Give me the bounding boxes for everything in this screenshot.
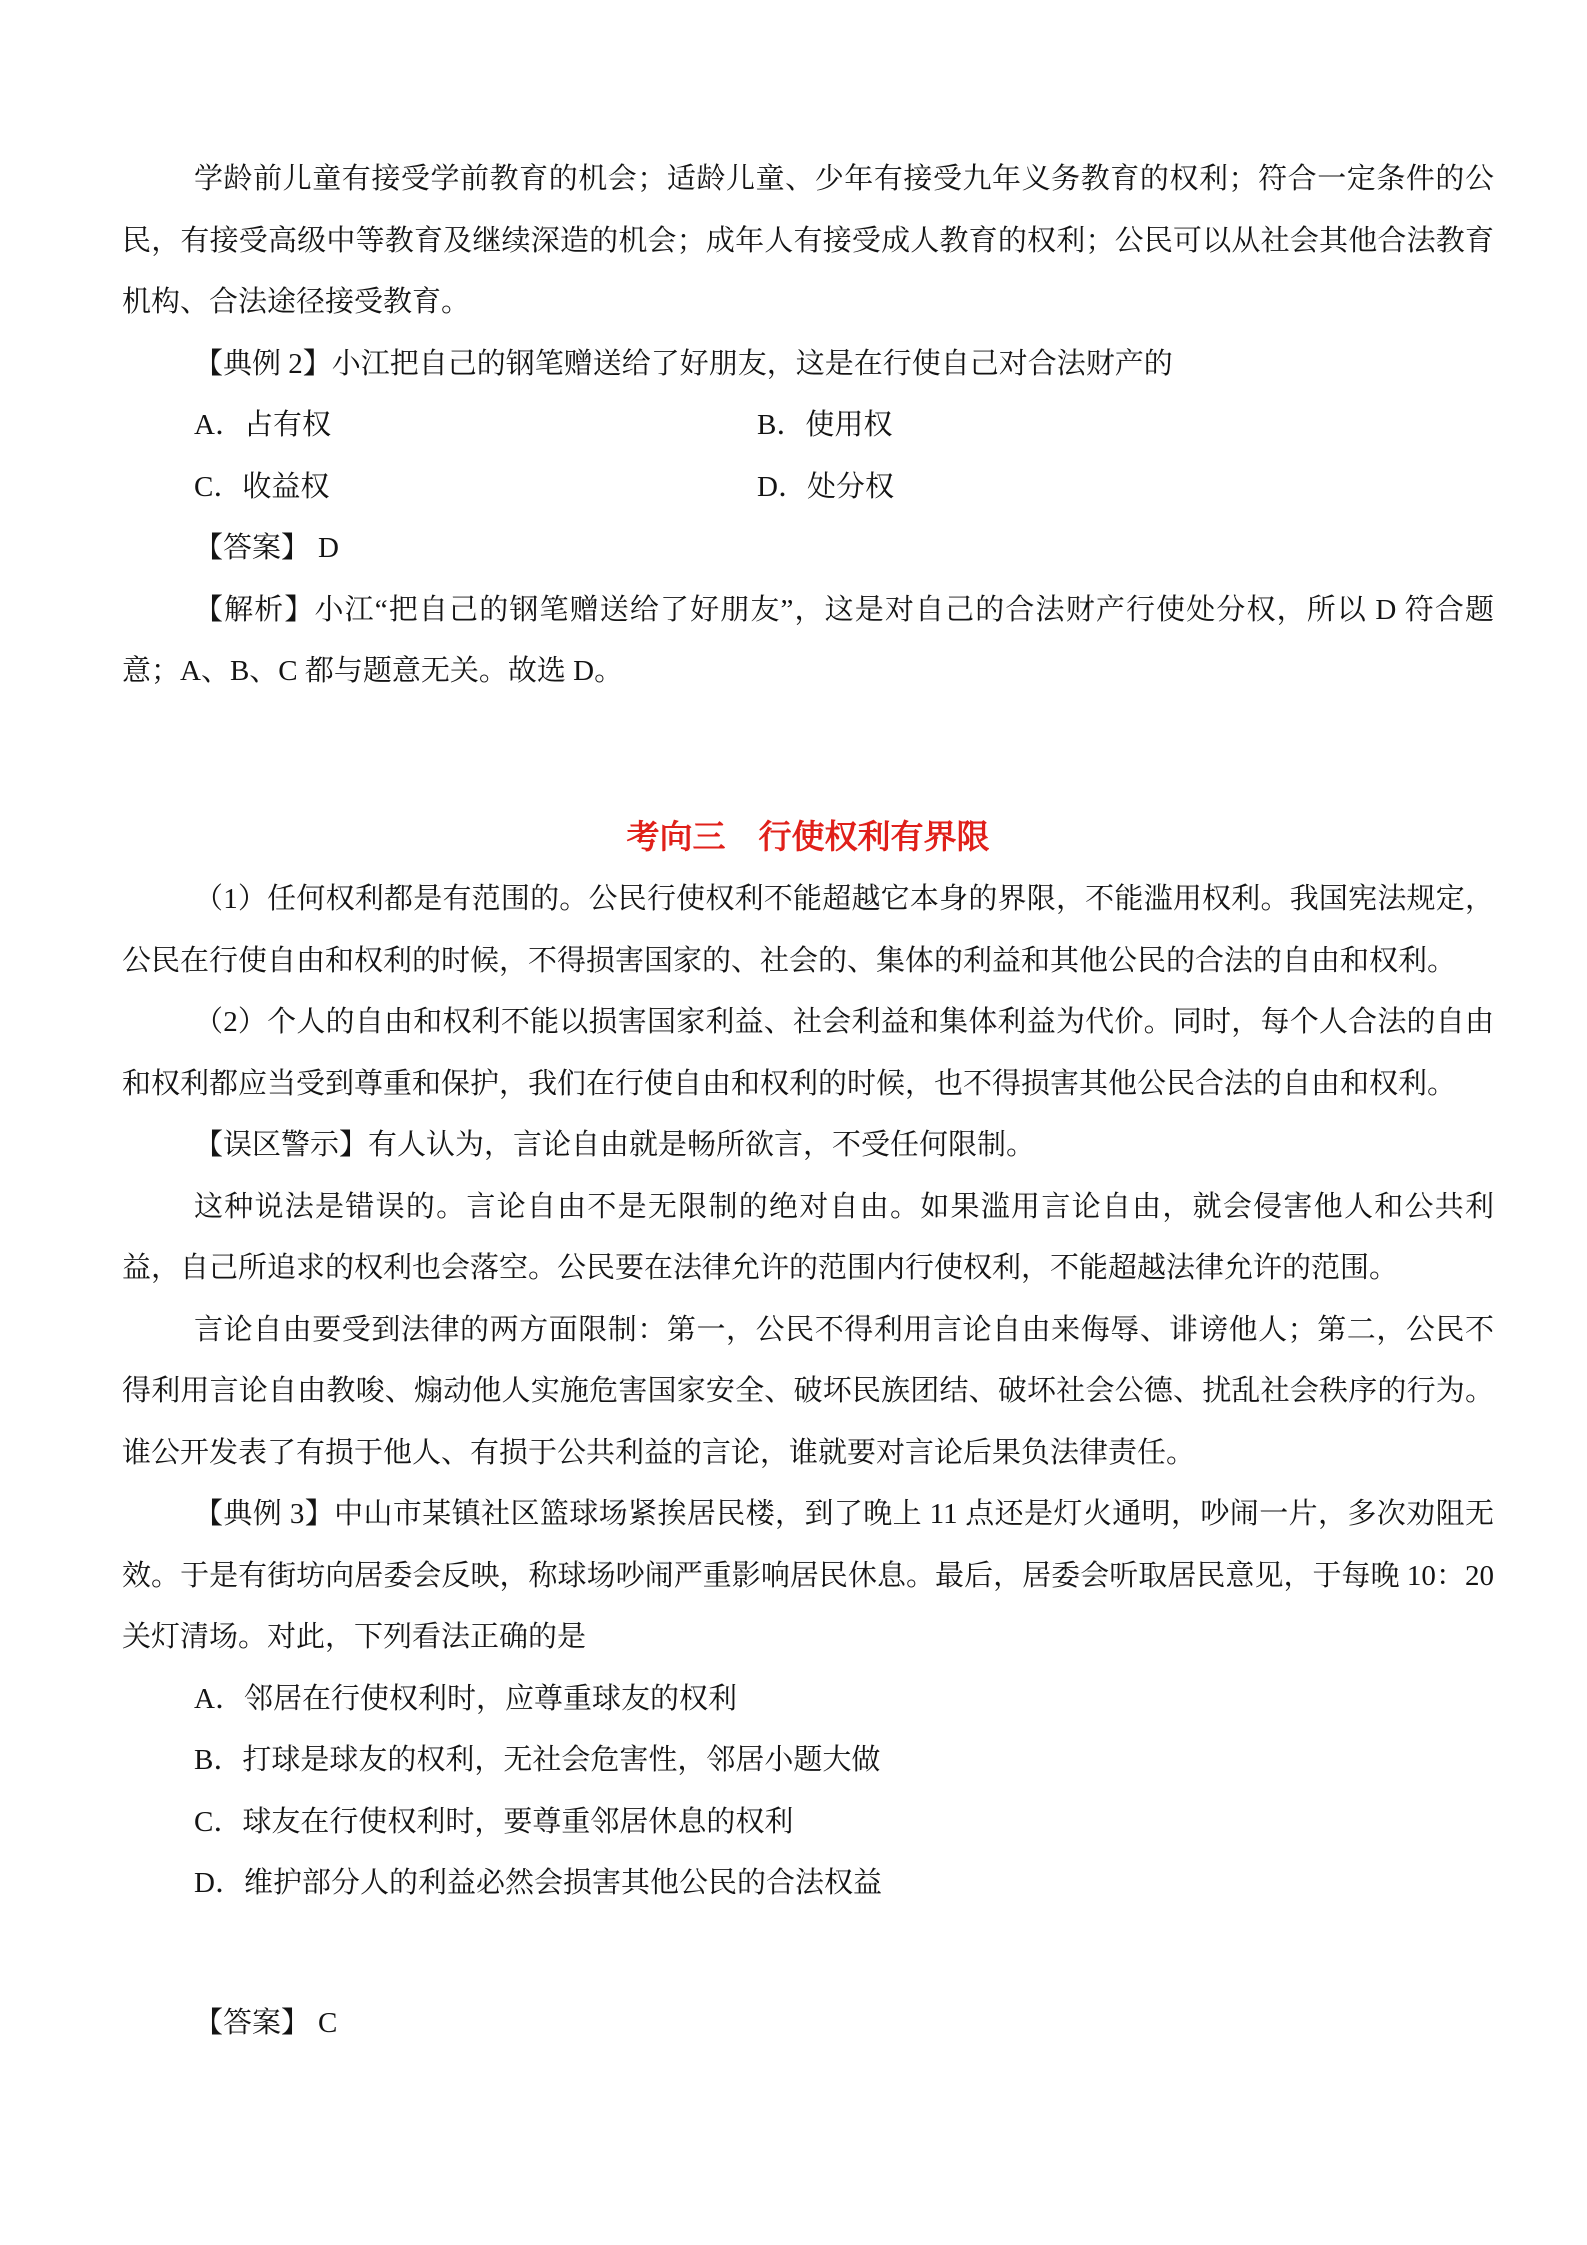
section-heading: 考向三 行使权利有界限: [122, 808, 1494, 870]
example2-analysis-line: 【解析】小江“把自己的钢笔赠送给了好朋友”，这是对自己的合法财产行使处分权，所以…: [122, 580, 1494, 703]
example2-question-line: 【典例 2】小江把自己的钢笔赠送给了好朋友，这是在行使自己对合法财产的: [122, 334, 1494, 396]
example2-answer-line: 【答案】D: [122, 518, 1494, 580]
example2-options-row-ab: A．占有权B．使用权: [122, 395, 1494, 457]
section3-warning-line: 【误区警示】有人认为，言论自由就是畅所欲言，不受任何限制。: [122, 1115, 1494, 1177]
section3-point1: （1）任何权利都是有范围的。公民行使权利不能超越它本身的界限，不能滥用权利。我国…: [122, 869, 1494, 992]
example3-question-line: 【典例 3】中山市某镇社区篮球场紧挨居民楼，到了晚上 11 点还是灯火通明，吵闹…: [122, 1484, 1494, 1669]
example3-answer-line: 【答案】C: [122, 1993, 1494, 2055]
section3-warning-label: 【误区警示】: [194, 1129, 368, 1161]
document-page: 学龄前儿童有接受学前教育的机会；适龄儿童、少年有接受九年义务教育的权利；符合一定…: [0, 0, 1587, 2245]
example3-answer-value: C: [318, 2007, 337, 2039]
example2-label: 【典例 2】: [194, 348, 332, 380]
example3-option-d: D．维护部分人的利益必然会损害其他公民的合法权益: [122, 1853, 1494, 1915]
example2-question-text: 小江把自己的钢笔赠送给了好朋友，这是在行使自己对合法财产的: [332, 348, 1173, 380]
section3-explain2: 言论自由要受到法律的两方面限制：第一，公民不得利用言论自由来侮辱、诽谤他人；第二…: [122, 1300, 1494, 1485]
example2-option-c: C．收益权: [194, 457, 757, 519]
example3-label: 【典例 3】: [194, 1498, 334, 1530]
section3-point2: （2）个人的自由和权利不能以损害国家利益、社会利益和集体利益为代价。同时，每个人…: [122, 992, 1494, 1115]
example3-option-b: B．打球是球友的权利，无社会危害性，邻居小题大做: [122, 1730, 1494, 1792]
example3-option-c: C．球友在行使权利时，要尊重邻居休息的权利: [122, 1792, 1494, 1854]
example2-options-row-cd: C．收益权D．处分权: [122, 457, 1494, 519]
example3-option-a: A．邻居在行使权利时，应尊重球友的权利: [122, 1669, 1494, 1731]
section3-explain1: 这种说法是错误的。言论自由不是无限制的绝对自由。如果滥用言论自由，就会侵害他人和…: [122, 1177, 1494, 1300]
example2-answer-value: D: [318, 532, 339, 564]
example2-option-b: B．使用权: [757, 409, 892, 441]
example2-analysis-label: 【解析】: [194, 594, 315, 626]
section3-warning-text: 有人认为，言论自由就是畅所欲言，不受任何限制。: [368, 1129, 1035, 1161]
example3-answer-label: 【答案】: [194, 2007, 310, 2039]
paragraph-education-rights: 学龄前儿童有接受学前教育的机会；适龄儿童、少年有接受九年义务教育的权利；符合一定…: [122, 149, 1494, 334]
example2-answer-label: 【答案】: [194, 532, 310, 564]
example2-option-a: A．占有权: [194, 395, 757, 457]
example2-analysis-text: 小江“把自己的钢笔赠送给了好朋友”，这是对自己的合法财产行使处分权，所以 D 符…: [122, 594, 1494, 688]
example2-option-d: D．处分权: [757, 471, 894, 503]
